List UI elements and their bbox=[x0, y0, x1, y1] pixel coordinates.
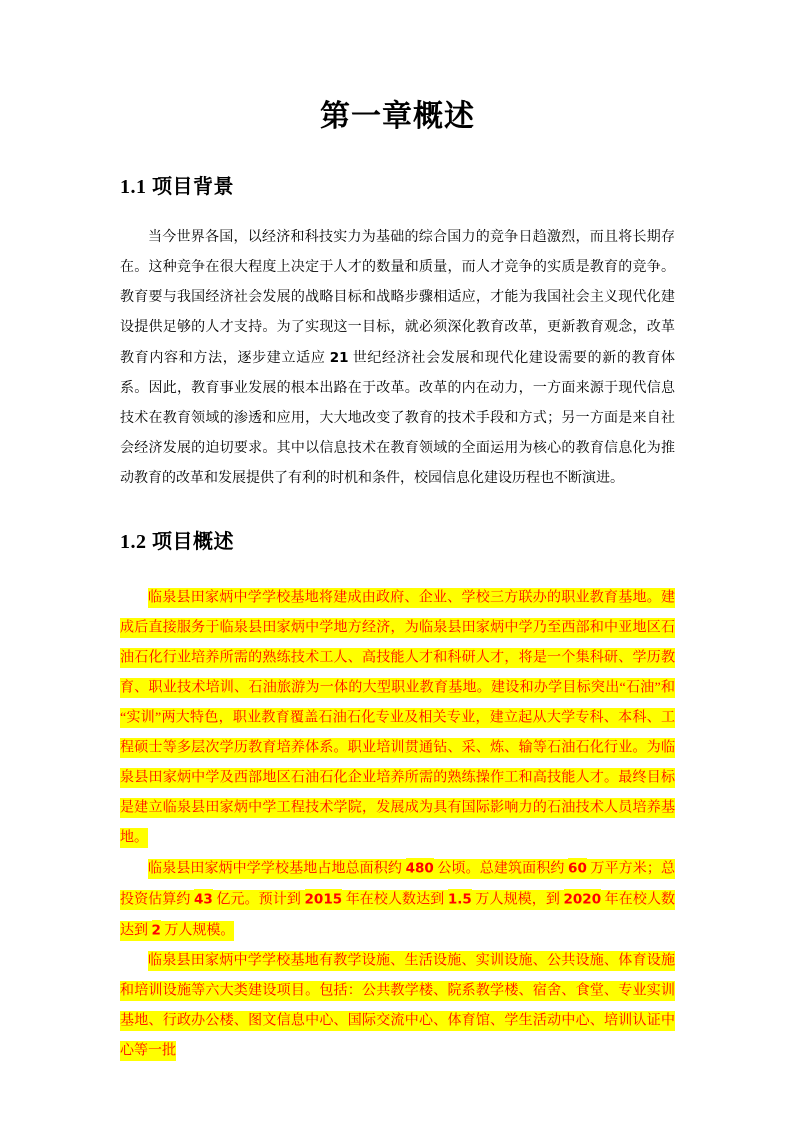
paragraph-project-overview-3: 临泉县田家炳中学学校基地有教学设施、生活设施、实训设施、公共设施、体育设施和培训… bbox=[120, 946, 675, 1066]
text-run: 当今世界各国，以经济和科技实力为基础的综合国力的竞争日趋激烈，而且将长期存在。这… bbox=[120, 230, 675, 366]
numeric-text-run: 21 bbox=[330, 350, 349, 366]
document-body: 第一章概述 1.1 项目背景 当今世界各国，以经济和科技实力为基础的综合国力的竞… bbox=[0, 0, 793, 1066]
text-run: 公顷。总建筑面积约 bbox=[434, 859, 568, 879]
numeric-text-run: 2015 bbox=[305, 889, 343, 910]
chapter-title: 第一章概述 bbox=[120, 97, 675, 137]
text-run: 万人规模，到 bbox=[472, 890, 564, 910]
numeric-text-run: 43 bbox=[194, 889, 213, 910]
paragraph-project-overview-1: 临泉县田家炳中学学校基地将建成由政府、企业、学校三方联办的职业教育基地。建成后直… bbox=[120, 583, 675, 853]
numeric-text-run: 2020 bbox=[564, 889, 602, 910]
numeric-text-run: 60 bbox=[568, 858, 587, 879]
section-heading-1-2: 1.2 项目概述 bbox=[120, 528, 675, 556]
document-page: 第一章概述 1.1 项目背景 当今世界各国，以经济和科技实力为基础的综合国力的竞… bbox=[0, 0, 793, 1122]
text-run: 年在校人数达到 bbox=[342, 890, 448, 910]
text-run: 万人规模。 bbox=[161, 921, 235, 941]
section-heading-1-1: 1.1 项目背景 bbox=[120, 173, 675, 201]
text-run: 亿元。预计到 bbox=[213, 890, 305, 910]
text-run: 临泉县田家炳中学学校基地有教学设施、生活设施、实训设施、公共设施、体育设施和培训… bbox=[120, 951, 675, 1061]
numeric-text-run: 2 bbox=[152, 920, 161, 941]
paragraph-project-overview-2: 临泉县田家炳中学学校基地占地总面积约 480 公顷。总建筑面积约 60 万平方米… bbox=[120, 853, 675, 946]
numeric-text-run: 1.5 bbox=[448, 889, 472, 910]
text-run: 临泉县田家炳中学学校基地将建成由政府、企业、学校三方联办的职业教育基地。建成后直… bbox=[120, 588, 675, 848]
text-run: 世纪经济社会发展和现代化建设需要的新的教育体系。因此，教育事业发展的根本出路在于… bbox=[120, 351, 675, 486]
text-run: 临泉县田家炳中学学校基地占地总面积约 bbox=[148, 859, 406, 879]
paragraph-project-background: 当今世界各国，以经济和科技实力为基础的综合国力的竞争日趋激烈，而且将长期存在。这… bbox=[120, 223, 675, 494]
numeric-text-run: 480 bbox=[406, 858, 434, 879]
